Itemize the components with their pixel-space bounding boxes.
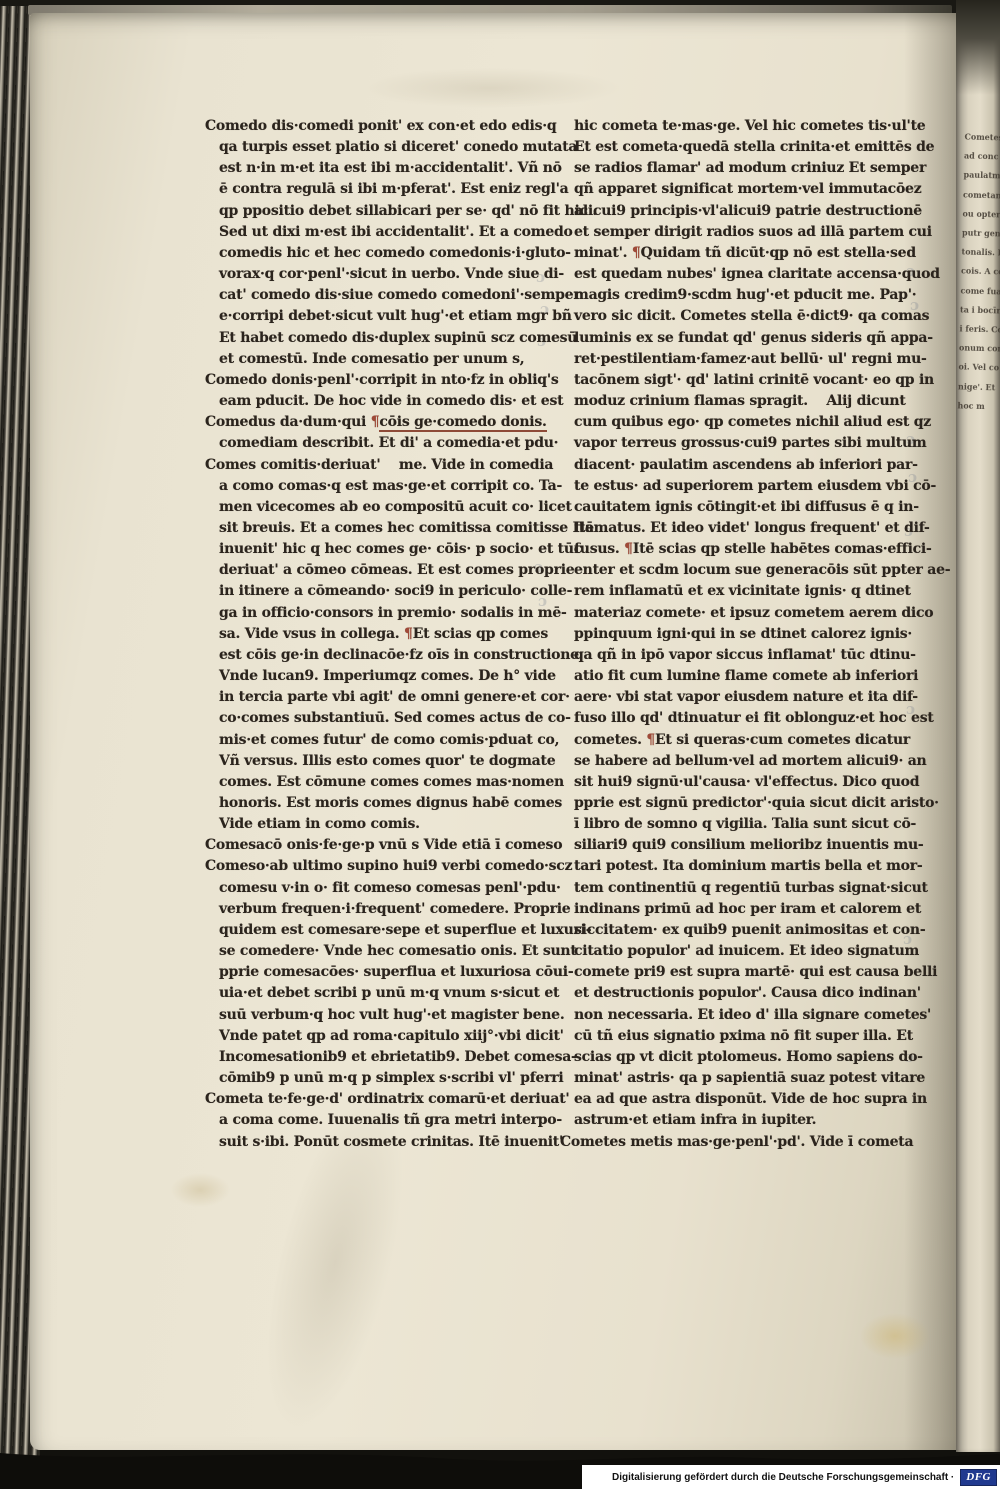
text-line: honoris. Est moris comes dignus habē com… — [205, 793, 557, 814]
text-line: minat' astris· qa p sapientiā suaz potes… — [560, 1068, 922, 1089]
text-line: pprie est signū predictor'·quia sicut di… — [560, 793, 922, 814]
text-line: qñ apparet significat mortem·vel immutac… — [560, 179, 922, 200]
edge-text-fragment: ou opteriū — [962, 204, 1000, 224]
text-line: Vide etiam in como comis. — [205, 814, 557, 835]
edge-text-fragment: nige'. Et — [958, 377, 1000, 397]
text-line: est quedam nubes' ignea claritate accens… — [560, 264, 922, 285]
text-line: aere· vbi stat vapor eiusdem nature et i… — [560, 687, 922, 708]
text-line: tari potest. Ita dominium martis bella e… — [560, 856, 922, 877]
text-line: deriuat' a cōmeo cōmeas. Et est comes pr… — [205, 560, 557, 581]
text-line: vorax·q cor·penl'·sicut in uerbo. Vnde s… — [205, 264, 557, 285]
text-line: qa turpis esset platio si diceret' coned… — [205, 137, 557, 158]
text-line: Vnde lucan9. Imperiumqz comes. De h° vid… — [205, 666, 557, 687]
text-line: comediam describit. Et di' a comedia·et … — [205, 433, 557, 454]
text-line: et semper dirigit radios suos ad illā pa… — [560, 222, 922, 243]
text-line: cometes. ¶Et si queras·cum cometes dicat… — [560, 730, 922, 751]
text-line: cum quibus ego· qp cometes nichil aliud … — [560, 412, 922, 433]
text-line: co·comes substantiuū. Sed comes actus de… — [205, 708, 557, 729]
text-line: te estus· ad superiorem partem eiusdem v… — [560, 476, 922, 497]
edge-text-fragment: cois. A com — [961, 262, 1000, 282]
text-line: Cometa te·fe·ge·d' ordinatrix comarū·et … — [205, 1089, 557, 1110]
edge-text-fragment: oi. Vel co — [958, 358, 1000, 378]
text-line: cū tñ eius signatio pxima nō fit super i… — [560, 1026, 922, 1047]
text-line: inuenit' hic q hec comes ge· cōis· p soc… — [205, 539, 557, 560]
text-line: mis·et comes futur' de como comis·pduat … — [205, 730, 557, 751]
text-line: Comes comitis·deriuat' me. Vide in comed… — [205, 455, 557, 476]
text-line: luminis ex se fundat qd' genus sideris q… — [560, 328, 922, 349]
text-line: verbum frequen·i·frequent' comedere. Pro… — [205, 899, 557, 920]
text-line: pprie comesacōes· superflua et luxuriosa… — [205, 962, 557, 983]
text-line: scias qp vt dicit ptolomeus. Homo sapien… — [560, 1047, 922, 1068]
text-line: et destructionis populor'. Causa dico in… — [560, 983, 922, 1004]
text-line: vapor terreus grossus·cui9 partes sibi m… — [560, 433, 922, 454]
text-line: moduz crinium flamas spragit. Alij dicun… — [560, 391, 922, 412]
text-line: siccitatem· ex quib9 puenit animositas e… — [560, 920, 922, 941]
text-line: se comedere· Vnde hec comesatio onis. Et… — [205, 941, 557, 962]
text-line: cauitatem ignis cōtingit·et ibi diffusus… — [560, 497, 922, 518]
text-line: a como comas·q est mas·ge·et corripit co… — [205, 476, 557, 497]
text-line: uia·et debet scribi p unū m·q vnum s·sic… — [205, 983, 557, 1004]
text-column-right: hic cometa te·mas·ge. Vel hic cometes ti… — [560, 116, 922, 1153]
text-line: ga in officio·consors in premio· sodalis… — [205, 603, 557, 624]
text-line: Sed ut dixi m·est ibi accidentalit'. Et … — [205, 222, 557, 243]
text-line: sit hui9 signū·ul'causa· vl'effectus. Di… — [560, 772, 922, 793]
text-line: comedis hic et hec comedo comedonis·i·gl… — [205, 243, 557, 264]
text-line: tacōnem sigt'· qd' latini crinitē vocant… — [560, 370, 922, 391]
text-line: e·corripi debet·sicut vult hug'·et etiam… — [205, 306, 557, 327]
text-line: tem continentiū q regentiū turbas signat… — [560, 878, 922, 899]
rubric-paraph-mark: ¶ — [624, 541, 633, 557]
rubric-paraph-mark: ¶ — [646, 732, 655, 748]
next-page-fore-edge: Cometes. A cad concpaulatma;cometam foou… — [956, 0, 1000, 1452]
text-line: Cometes metis mas·ge·penl'·pd'. Vide ī c… — [560, 1132, 922, 1153]
text-line: comete pri9 est supra martē· qui est cau… — [560, 962, 922, 983]
text-line: ī libro de somno q vigilia. Talia sunt s… — [560, 814, 922, 835]
text-line: non necessaria. Et ideo d' illa signare … — [560, 1005, 922, 1026]
text-line: Comedo donis·penl'·corripit in nto·fz in… — [205, 370, 557, 391]
edge-text-fragment: putr genera — [962, 223, 1000, 243]
edge-text-fragment: onum com — [959, 339, 1000, 359]
text-line: fuso illo qd' dtinuatur ei fit oblonguz·… — [560, 708, 922, 729]
text-line: qa qñ in ipō vapor siccus inflamat' tūc … — [560, 645, 922, 666]
paper-stain — [860, 1313, 930, 1359]
edge-text-fragment: come fuam — [960, 281, 1000, 301]
rubric-paraph-mark: ¶ — [632, 245, 641, 261]
text-line: et comestū. Inde comesatio per unum s, — [205, 349, 557, 370]
text-line: Et habet comedo dis·duplex supinū scz co… — [205, 328, 557, 349]
dfg-logo: DFG — [960, 1469, 997, 1486]
text-line: a coma come. Iuuenalis tñ gra metri inte… — [205, 1110, 557, 1131]
text-line: flamatus. Et ideo videt' longus frequent… — [560, 518, 922, 539]
text-column-left: Comedo dis·comedi ponit' ex con·et edo e… — [205, 116, 557, 1153]
text-line: qp ppositio debet sillabicari per se· qd… — [205, 201, 557, 222]
rubric-underlined-lemma: cōis ge·comedo donis. — [379, 414, 546, 432]
edge-text-fragment: tonalis. E — [961, 243, 1000, 263]
text-line: Comeso·ab ultimo supino hui9 verbi comed… — [205, 856, 557, 877]
text-line: vero sic dicit. Cometes stella ē·dict9· … — [560, 306, 922, 327]
text-line: suit s·ibi. Ponūt cosmete crinitas. Itē … — [205, 1132, 557, 1153]
text-line: comes. Est cōmune comes comes mas·nomen — [205, 772, 557, 793]
digitization-credit-bar: Digitalisierung gefördert durch die Deut… — [582, 1465, 1000, 1489]
text-line: cōmib9 p unū m·q p simplex s·scribi vl' … — [205, 1068, 557, 1089]
edge-text-fragment: ta i bocīrī — [960, 300, 1000, 320]
next-page-text-sliver: Cometes. A cad concpaulatma;cometam foou… — [957, 127, 1000, 416]
text-line: men vicecomes ab eo compositū acuit co· … — [205, 497, 557, 518]
text-line: Comedo dis·comedi ponit' ex con·et edo e… — [205, 116, 557, 137]
edge-text-fragment: Cometes. A c — [964, 127, 1000, 147]
text-line: enter et scdm locum sue generacōis sūt p… — [560, 560, 922, 581]
text-line: Vnde patet qp ad roma·capitulo xiij°·vbi… — [205, 1026, 557, 1047]
book-headband-shadow — [956, 0, 1000, 95]
text-line: Comesacō onis·fe·ge·p vnū s Vide etiā ī … — [205, 835, 557, 856]
edge-text-fragment: cometam fo — [963, 185, 1000, 205]
text-line: comesu v·in o· fit comeso comesas penl'·… — [205, 878, 557, 899]
text-line: sit breuis. Et a comes hec comitissa com… — [205, 518, 557, 539]
text-line: magis credim9·scdm hug'·et pducit me. Pa… — [560, 285, 922, 306]
text-line: fusus. ¶Itē scias qp stelle habētes coma… — [560, 539, 922, 560]
text-line: siliari9 qui9 consilium melioribz inuent… — [560, 835, 922, 856]
text-line: eam pducit. De hoc vide in comedo dis· e… — [205, 391, 557, 412]
text-line: Comedus da·dum·qui ¶cōis ge·comedo donis… — [205, 412, 557, 433]
text-line: ea ad que astra disponūt. Vide de hoc su… — [560, 1089, 922, 1110]
text-line: materiaz comete· et ipsuz cometem aerem … — [560, 603, 922, 624]
text-line: diacent· paulatim ascendens ab inferiori… — [560, 455, 922, 476]
paper-stain — [360, 68, 620, 108]
text-line: minat'. ¶Quidam tñ dicūt·qp nō est stell… — [560, 243, 922, 264]
text-line: est n·in m·et ita est ibi m·accidentalit… — [205, 158, 557, 179]
text-line: in tercia parte vbi agit' de omni genere… — [205, 687, 557, 708]
text-line: ret·pestilentiam·famez·aut bellū· ul' re… — [560, 349, 922, 370]
edge-text-fragment: hoc m — [957, 396, 1000, 416]
edge-text-fragment: paulatma; — [963, 166, 1000, 186]
text-line: Et est cometa·quedā stella crinita·et em… — [560, 137, 922, 158]
scanned-book-photo: Comedo dis·comedi ponit' ex con·et edo e… — [0, 0, 1000, 1489]
text-line: cat' comedo dis·siue comedo comedoni'·se… — [205, 285, 557, 306]
text-line: ppinquum igni·qui in se dtinet calorez i… — [560, 624, 922, 645]
text-line: hic cometa te·mas·ge. Vel hic cometes ti… — [560, 116, 922, 137]
text-line: Vñ versus. Illis esto comes quor' te dog… — [205, 751, 557, 772]
text-line: ē contra regulā si ibi m·pferat'. Est en… — [205, 179, 557, 200]
text-line: astrum·et etiam infra in iupiter. — [560, 1110, 922, 1131]
text-line: Incomesationib9 et ebrietatib9. Debet co… — [205, 1047, 557, 1068]
text-line: in itinere a cōmeando· soci9 in periculo… — [205, 581, 557, 602]
text-line: se habere ad bellum·vel ad mortem alicui… — [560, 751, 922, 772]
text-line: indinans primū ad hoc per iram et calore… — [560, 899, 922, 920]
edge-text-fragment: i feris. Co — [959, 319, 1000, 339]
text-line: se radios flamar' ad modum criniuz Et se… — [560, 158, 922, 179]
text-line: quidem est comesare·sepe et superflue et… — [205, 920, 557, 941]
text-line: suū verbum·q hoc vult hug'·et magister b… — [205, 1005, 557, 1026]
text-line: atio fit cum lumine flame comete ab infe… — [560, 666, 922, 687]
text-line: alicui9 principis·vl'alicui9 patrie dest… — [560, 201, 922, 222]
paper-stain — [170, 1173, 230, 1207]
text-line: sa. Vide vsus in collega. ¶Et scias qp c… — [205, 624, 557, 645]
text-line: est cōis ge·in declinacōe·fz oīs in cons… — [205, 645, 557, 666]
rubric-paraph-mark: ¶ — [404, 626, 413, 642]
text-line: citatio populor' ad inuicem. Et ideo sig… — [560, 941, 922, 962]
text-line: rem inflamatū et ex vicinitate ignis· q … — [560, 581, 922, 602]
edge-text-fragment: ad conc — [964, 147, 1000, 167]
credit-text: Digitalisierung gefördert durch die Deut… — [612, 1472, 954, 1483]
